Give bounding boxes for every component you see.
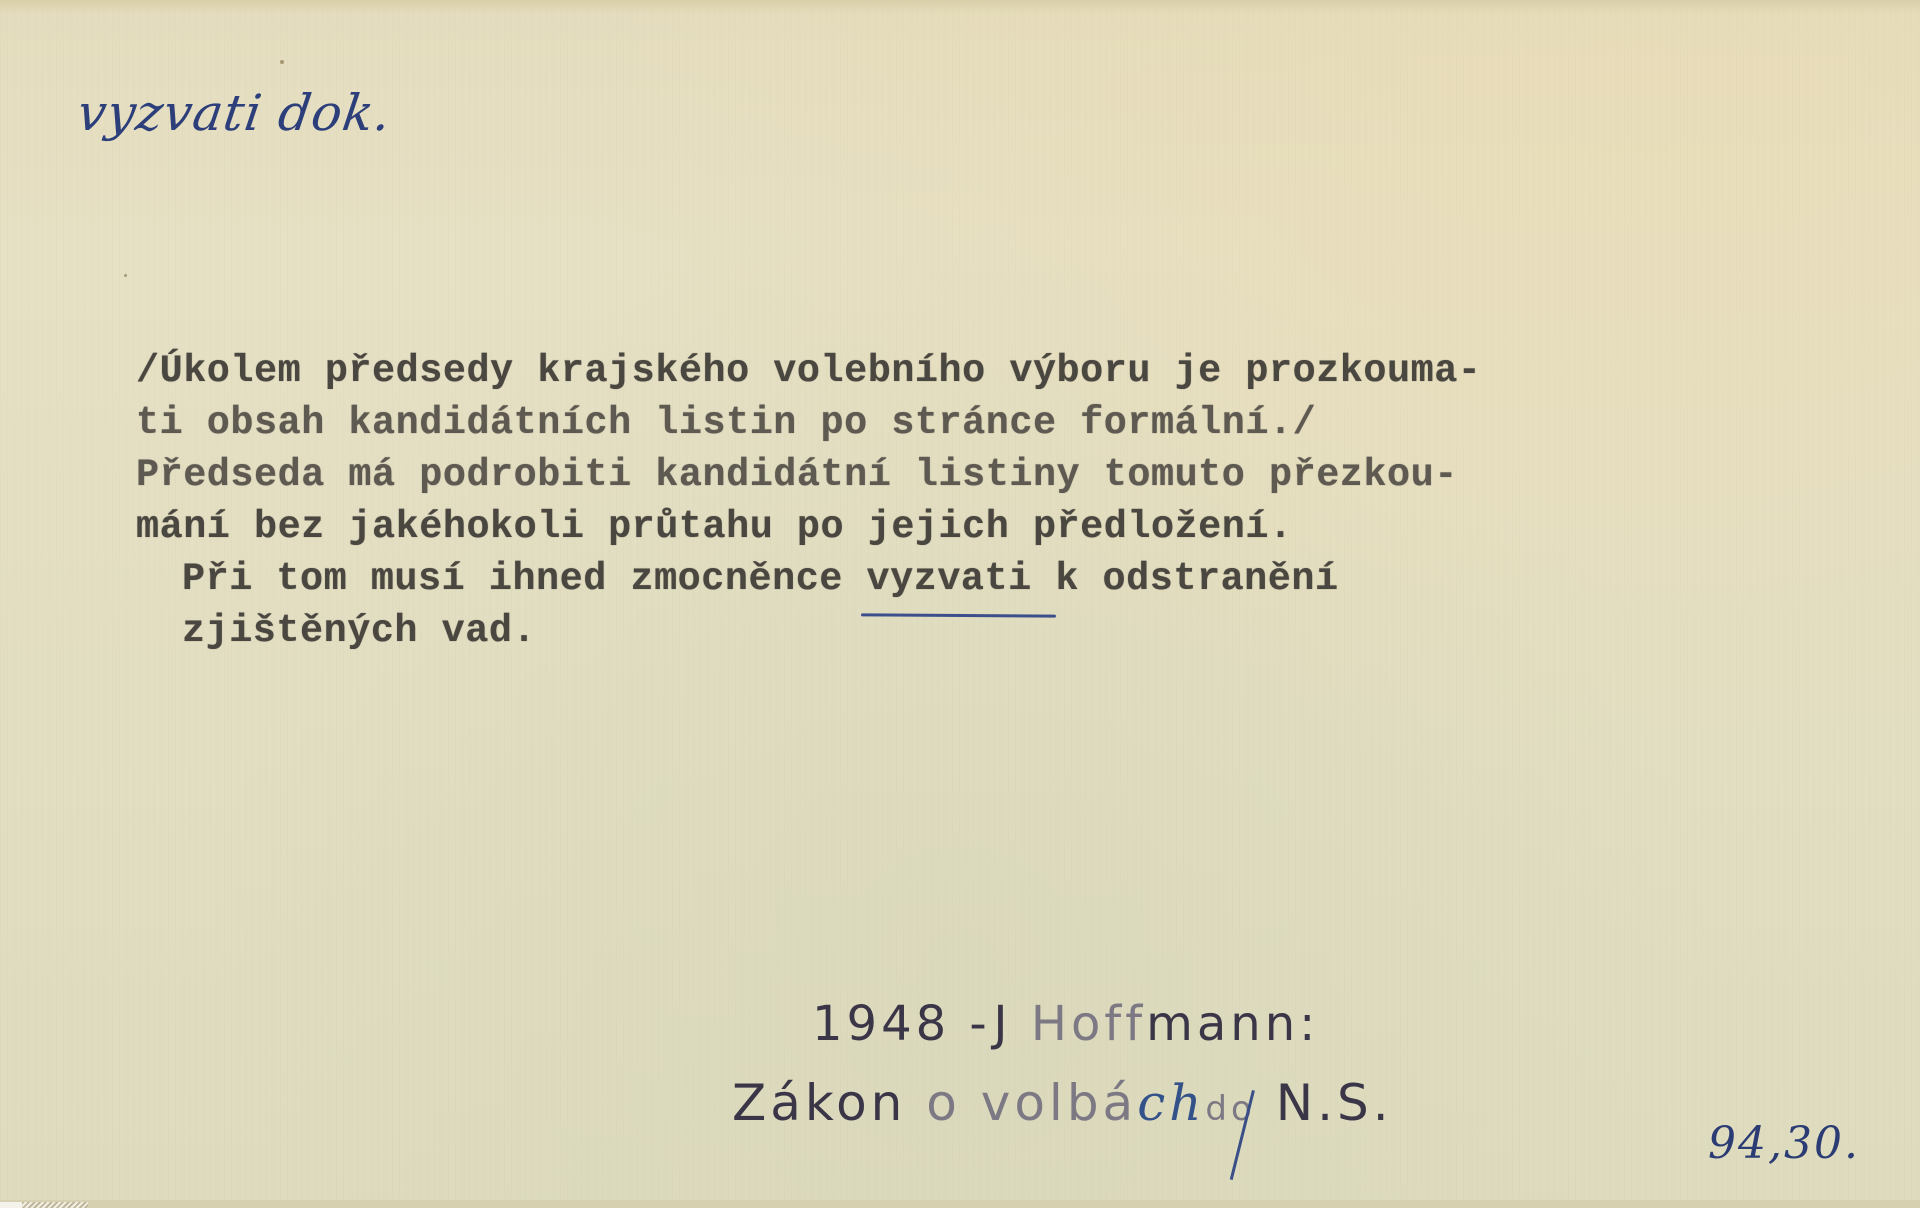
stamp-author-rest: mann: — [1146, 996, 1319, 1052]
underlined-word-vyzvati: vyzvati — [867, 553, 1032, 605]
stamp-title-start: Zákon — [732, 1074, 906, 1132]
typed-line-5: Při tom musí ihned zmocněnce vyzvati k o… — [136, 553, 1856, 605]
handwritten-note-top: vyzvati dok. — [74, 84, 395, 142]
card-corner-hatch — [22, 1202, 88, 1208]
typed-text-block: /Úkolem předsedy krajského volebního výb… — [136, 345, 1856, 657]
paper-speck — [280, 60, 284, 64]
typed-line-6: zjištěných vad. — [136, 605, 1856, 657]
card-corner — [0, 1202, 22, 1208]
typed-text-segment: Při tom musí ihned zmocněnce — [182, 557, 867, 601]
paper-speck — [124, 274, 127, 277]
typed-line-1: /Úkolem předsedy krajského volebního výb… — [136, 345, 1856, 397]
stamp-year: 1948 — [812, 996, 950, 1052]
stamp-author-initial: J — [993, 996, 1011, 1052]
stamp-handwritten-correction: ch — [1137, 1074, 1205, 1132]
typed-line-3: Předseda má podrobiti kandidátní listiny… — [136, 449, 1856, 501]
stamp-source-line1: 1948 -J Hoffmann: — [812, 996, 1319, 1052]
stamp-author-faded: Hoff — [1031, 996, 1146, 1052]
typed-text-segment: k odstranění — [1032, 557, 1339, 601]
archival-card: vyzvati dok. /Úkolem předsedy krajského … — [0, 0, 1920, 1208]
handwritten-page-reference: 94,30. — [1708, 1118, 1860, 1169]
card-bottom-edge — [0, 1200, 1920, 1208]
typed-line-4: mání bez jakéhokoli průtahu po jejich př… — [136, 501, 1856, 553]
stamp-title-end: N.S. — [1276, 1074, 1393, 1132]
stamp-source-line2: Zákon o volbáchdo N.S. — [732, 1074, 1393, 1132]
stamp-dash: - — [969, 996, 993, 1052]
stamp-title-faded: o volbá — [926, 1074, 1137, 1132]
card-top-edge — [0, 0, 1920, 14]
typed-line-2: ti obsah kandidátních listin po stránce … — [136, 397, 1856, 449]
